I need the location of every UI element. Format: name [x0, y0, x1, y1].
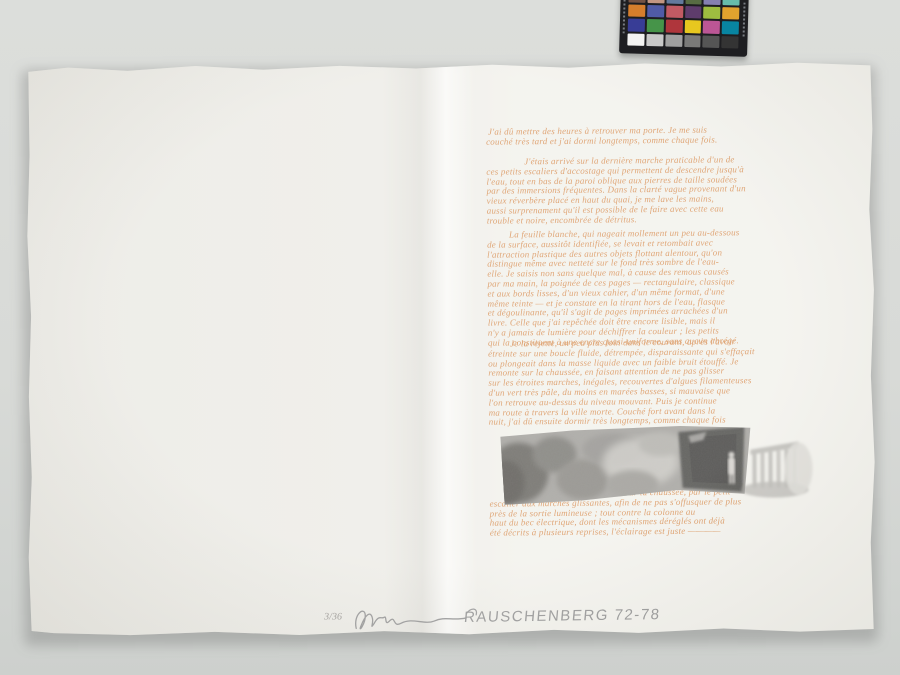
color-checker-patch: [722, 7, 739, 20]
handwriting-paragraph: Je remonte sur la chaussée, par le petit…: [489, 487, 811, 539]
color-checker-patch: [647, 0, 664, 3]
handwriting-line: même teinte — et je constate en la tiran…: [488, 296, 810, 309]
edition-number: 3/36: [324, 611, 342, 622]
handwriting-block: J'ai dû mettre des heures à retrouver ma…: [486, 120, 812, 553]
figure-in-photo: [728, 452, 735, 484]
handwriting-paragraph: Je la rejette, un peu plus loin dans le …: [488, 337, 811, 428]
handwriting-line: qui la constituent à une encre quasi-uni…: [488, 335, 810, 348]
handwriting-line: distingue même avec netteté sur le fond …: [487, 257, 809, 270]
color-checker-grid: [627, 0, 740, 49]
handwriting-line: J'ai dû mettre des heures à retrouver ma…: [486, 125, 808, 138]
handwriting-line: La feuille blanche, qui nageait mollemen…: [487, 228, 809, 241]
checker-side-label: [743, 3, 746, 37]
color-checker-patch: [665, 19, 682, 32]
color-checker-patch: [684, 35, 701, 48]
artist-name-date-inscription: RAUSCHENBERG 72-78: [463, 606, 661, 626]
handwriting-line: ces petits escaliers d'accostage qui per…: [486, 164, 808, 177]
color-checker-patch: [685, 6, 702, 19]
handwriting-line: et aux bords lisses, d'un vieux cahier, …: [487, 286, 809, 299]
color-checker-patch: [666, 0, 683, 3]
photo-transfer-image: [492, 423, 814, 519]
handwriting-line: ma route à travers la ville morte. Couch…: [489, 405, 811, 418]
handwriting-line: vieux réverbère placé en haut du quai, j…: [487, 194, 809, 207]
color-checker-patch: [627, 33, 644, 46]
handwriting-line: de la surface, aussitôt identifiée, se l…: [487, 237, 809, 250]
handwriting-line: haut du bec électrique, dont les mécanis…: [490, 516, 812, 529]
handwriting-line: Je remonte sur la chaussée, par le petit: [489, 487, 811, 500]
color-checker-patch: [646, 33, 663, 46]
handwriting-line: d'un vert très pâle, du moins en marées …: [488, 386, 810, 399]
handwriting-line: étreinte sur une boucle fluide, détrempé…: [488, 346, 810, 359]
handwriting-line: l'eau, tout en bas de la paroi oblique a…: [486, 174, 808, 187]
pencil-mark: [881, 496, 891, 588]
color-checker-patch: [685, 0, 702, 4]
handwriting-line: remonte sur la chaussée, en faisant atte…: [488, 366, 810, 379]
color-checker-patch: [703, 21, 720, 34]
handwriting-line: J'étais arrivé sur la dernière marche pr…: [486, 155, 808, 168]
color-checker-patch: [722, 21, 739, 34]
artwork-sheet: J'ai dû mettre des heures à retrouver ma…: [26, 60, 876, 638]
building-in-photo: [740, 441, 812, 497]
handwriting-line: nuit, j'ai dû ensuite dormir très longte…: [489, 415, 811, 428]
color-checker-patch: [704, 0, 721, 5]
handwriting-line: l'on retrouve au-dessus du niveau mouvan…: [489, 395, 811, 408]
color-checker-patch: [666, 5, 683, 18]
handwriting-line: livre. Celle que j'ai repêchée doit être…: [488, 316, 810, 329]
color-checker-patch: [647, 19, 664, 32]
color-checker-patch: [629, 0, 646, 2]
handwriting-line: par ma main, la poignée de ces pages — r…: [487, 277, 809, 290]
handwriting-line: et dégoulinante, qu'il s'agit de pages i…: [488, 306, 810, 319]
color-checker-patch: [703, 6, 720, 19]
handwriting-line: trouble et noire, encombrée de détritus.: [487, 213, 809, 226]
handwriting-line: n'y a jamais de lumière pour déchiffrer …: [488, 326, 810, 339]
color-checker-patch: [723, 0, 740, 5]
color-checker-patch: [721, 36, 738, 49]
handwriting-paragraph: La feuille blanche, qui nageait mollemen…: [487, 228, 810, 349]
handwriting-paragraph: J'étais arrivé sur la dernière marche pr…: [486, 155, 809, 227]
color-checker-patch: [647, 4, 664, 17]
color-checker-patch: [665, 34, 682, 47]
color-checker-patch: [684, 20, 701, 33]
handwriting-line: ou plongeait dans la masse liquide avec …: [488, 356, 810, 369]
handwriting-line: Je la rejette, un peu plus loin dans le …: [488, 337, 810, 350]
checker-side-label: [623, 0, 626, 33]
color-checker-patch: [628, 18, 645, 31]
handwriting-line: aussi surprenament qu'il est possible de…: [487, 204, 809, 217]
handwriting-line: l'attraction plastique des autres objets…: [487, 247, 809, 260]
handwriting-line: près de la sortie lumineuse ; tout contr…: [490, 506, 812, 519]
handwriting-paragraph: J'ai dû mettre des heures à retrouver ma…: [486, 125, 808, 148]
handwriting-line: couché très tard et j'ai dormi longtemps…: [486, 134, 808, 147]
color-checker-card: [619, 0, 749, 57]
handwriting-line: été décrits à plusieurs reprises, l'écla…: [490, 526, 812, 539]
handwriting-line: sur les étroites marches, inégales, reco…: [488, 376, 810, 389]
handwriting-line: elle. Je saisis non sans quelque mal, à …: [487, 267, 809, 280]
panorama-graphic: [492, 423, 814, 519]
photo-backdrop: J'ai dû mettre des heures à retrouver ma…: [0, 0, 900, 675]
color-checker-patch: [628, 4, 645, 17]
handwriting-line: escalier aux marches glissantes, afin de…: [490, 496, 812, 509]
color-checker-patch: [703, 35, 720, 48]
handwriting-line: par des immersions fréquentes. Dans la c…: [487, 184, 809, 197]
